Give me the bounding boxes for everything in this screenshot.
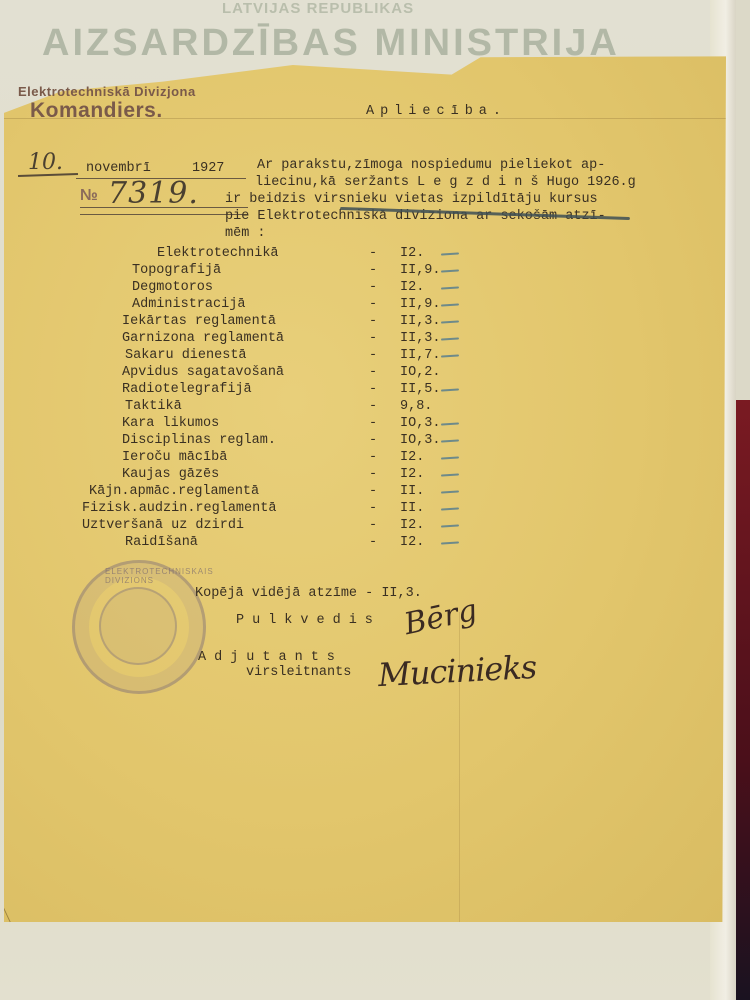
grade-value: I2. xyxy=(400,517,424,534)
body-line: ir beidzis virsnieku vietas izpildītāju … xyxy=(225,191,636,208)
date-month: novembrī xyxy=(86,160,151,177)
grade-value: I2. xyxy=(400,466,424,483)
grade-subject: Sakaru dienestā xyxy=(125,347,247,364)
document-title: Apliecība. xyxy=(366,103,507,120)
body-line: liecinu,kā seržants L e g z d i n š Hugo… xyxy=(255,174,636,191)
grade-value: 9,8. xyxy=(400,398,432,415)
number-underline-2 xyxy=(80,214,248,215)
body-line: mēm : xyxy=(225,225,636,242)
grade-subject: Iekārtas reglamentā xyxy=(122,313,276,330)
grade-value: I2. xyxy=(400,279,424,296)
grade-dash: - xyxy=(369,364,377,381)
grade-value: II,3. xyxy=(400,330,441,347)
seal-text: ELEKTROTECHNISKAIS DIVIZIONS xyxy=(105,567,214,585)
grade-dash: - xyxy=(369,245,377,262)
number-underline xyxy=(80,207,248,208)
date-year: 1927 xyxy=(192,160,224,177)
number-sign: № xyxy=(80,187,98,205)
colonel-label: Pulkvedis xyxy=(236,612,381,629)
grade-value: IO,3. xyxy=(400,432,441,449)
grade-dash: - xyxy=(369,449,377,466)
grade-dash: - xyxy=(369,415,377,432)
grade-value: IO,3. xyxy=(400,415,441,432)
grade-subject: Ieroču mācībā xyxy=(122,449,227,466)
seal-emblem xyxy=(99,587,177,665)
certificate-body: Ar parakstu,zīmoga nospiedumu pieliekot … xyxy=(225,157,636,242)
grade-subject: Radiotelegrafijā xyxy=(122,381,252,398)
date-day: 10. xyxy=(28,150,63,175)
grade-value: I2. xyxy=(400,534,424,551)
grade-subject: Kara likumos xyxy=(122,415,219,432)
grade-dash: - xyxy=(369,279,377,296)
grade-dash: - xyxy=(369,262,377,279)
official-seal: ELEKTROTECHNISKAIS DIVIZIONS xyxy=(72,560,206,694)
grade-subject: Degmotoros xyxy=(132,279,213,296)
grade-dash: - xyxy=(369,534,377,551)
grade-dash: - xyxy=(369,330,377,347)
grade-subject: Garnizona reglamentā xyxy=(122,330,284,347)
grade-subject: Uztveršanā uz dzirdi xyxy=(82,517,244,534)
grade-dash: - xyxy=(369,500,377,517)
header-stamp: Elektrotechniskā Divizjona Komandiers. xyxy=(18,84,196,123)
stamp-role: Komandiers. xyxy=(30,99,196,123)
grade-subject: Taktikā xyxy=(125,398,182,415)
grade-subject: Topografijā xyxy=(132,262,221,279)
letterhead-small: LATVIJAS REPUBLIKAS xyxy=(222,0,414,17)
document-number: 7319. xyxy=(108,176,199,211)
grade-dash: - xyxy=(369,466,377,483)
grade-value: I2. xyxy=(400,245,424,262)
grade-dash: - xyxy=(369,517,377,534)
grade-value: II,3. xyxy=(400,313,441,330)
overall-average: Kopējā vidējā atzīme - II,3. xyxy=(195,585,422,602)
grade-dash: - xyxy=(369,483,377,500)
grade-value: II,9. xyxy=(400,262,441,279)
grade-value: II,7. xyxy=(400,347,441,364)
stamp-unit: Elektrotechniskā Divizjona xyxy=(18,84,196,99)
binder-edge xyxy=(736,400,750,1000)
grade-subject: Elektrotechnikā xyxy=(157,245,279,262)
grade-subject: Raidīšanā xyxy=(125,534,198,551)
grade-subject: Kājn.apmāc.reglamentā xyxy=(89,483,259,500)
grade-subject: Administracijā xyxy=(132,296,245,313)
grade-subject: Fizisk.audzin.reglamentā xyxy=(82,500,276,517)
grade-value: II. xyxy=(400,483,424,500)
grade-value: I2. xyxy=(400,449,424,466)
grade-value: II,5. xyxy=(400,381,441,398)
grade-dash: - xyxy=(369,432,377,449)
grade-dash: - xyxy=(369,313,377,330)
body-line: Ar parakstu,zīmoga nospiedumu pieliekot … xyxy=(257,157,636,174)
grade-dash: - xyxy=(369,381,377,398)
adjutant-rank: virsleitnants xyxy=(246,664,351,681)
grade-dash: - xyxy=(369,347,377,364)
grade-value: II. xyxy=(400,500,424,517)
grade-subject: Kaujas gāzēs xyxy=(122,466,219,483)
grade-subject: Apvidus sagatavošanā xyxy=(122,364,284,381)
grade-value: II,9. xyxy=(400,296,441,313)
grade-dash: - xyxy=(369,398,377,415)
grade-dash: - xyxy=(369,296,377,313)
grade-value: IO,2. xyxy=(400,364,441,381)
grade-subject: Disciplinas reglam. xyxy=(122,432,276,449)
